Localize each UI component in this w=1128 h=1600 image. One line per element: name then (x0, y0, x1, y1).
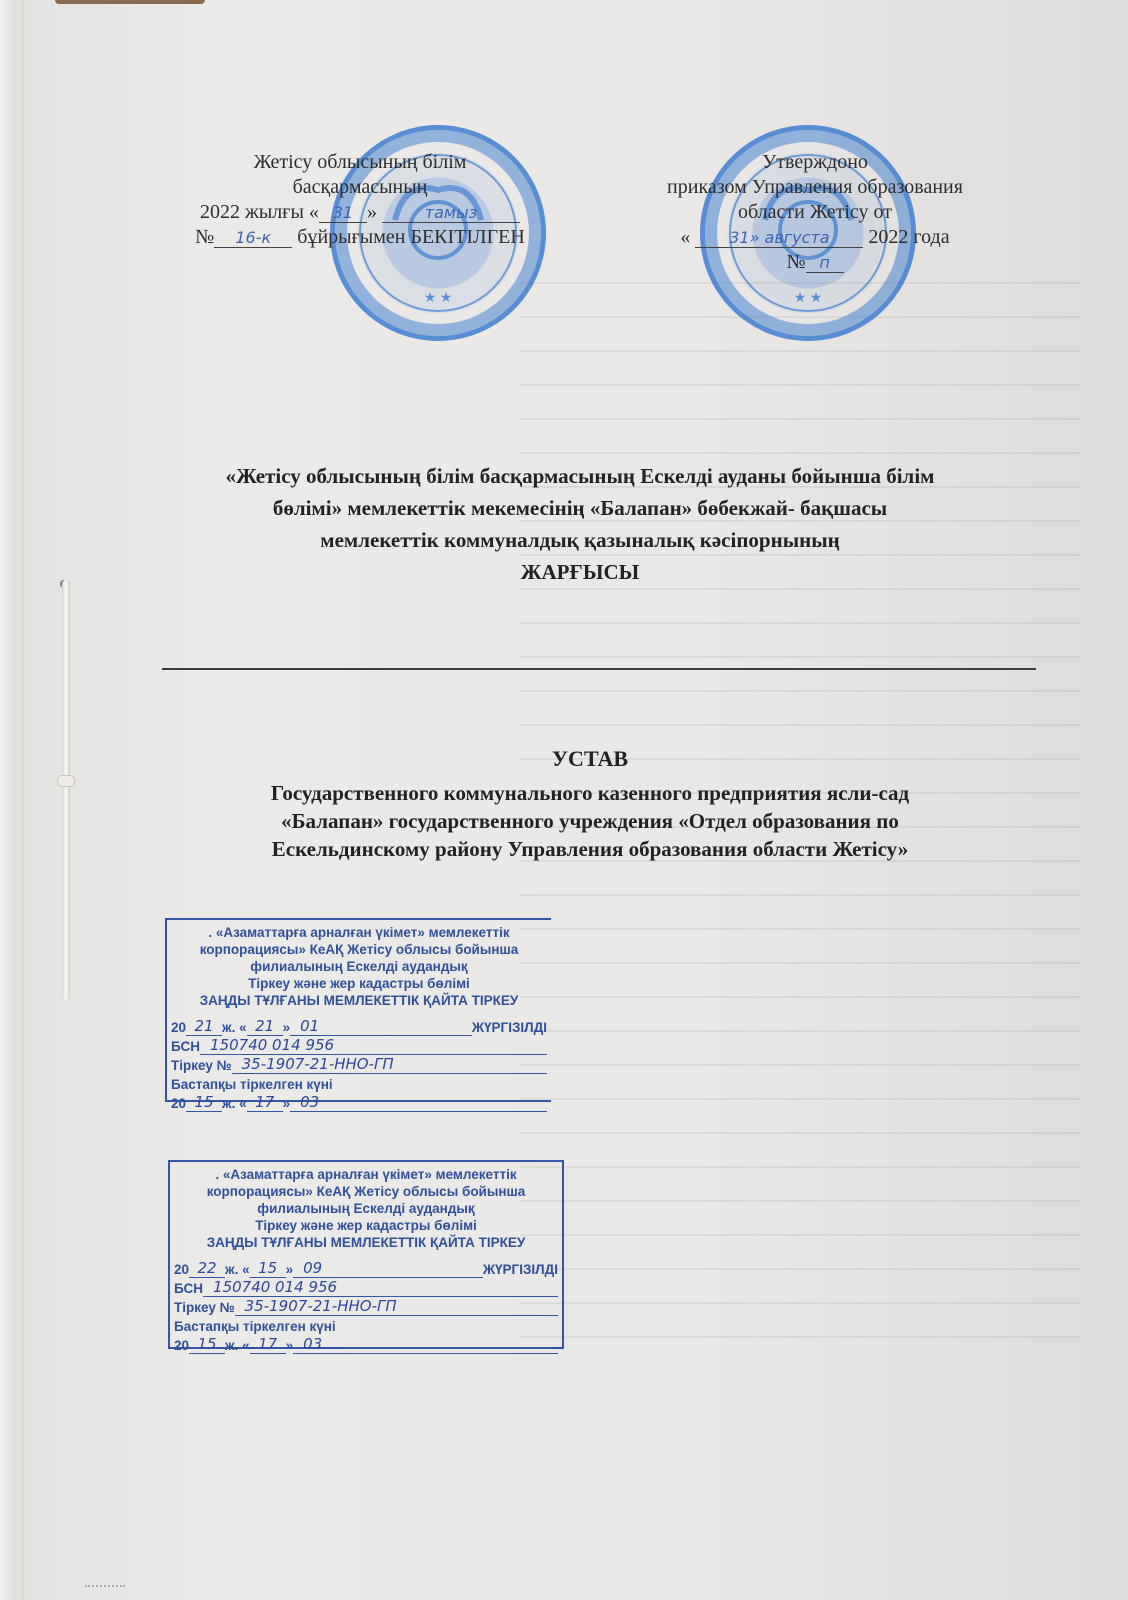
stamp-initial-label: Бастапқы тіркелген күні (171, 1074, 547, 1093)
approval-kz-day: 31 (319, 204, 367, 223)
approval-ru-line3: области Жетісу от (600, 200, 1030, 225)
charter-heading-ru: УСТАВ (150, 745, 1030, 773)
stamp-initial-date: 2015ж. «17»03 (174, 1335, 558, 1354)
stamp-header: . «Азаматтарға арналған үкімет» мемлекет… (170, 1162, 562, 1251)
charter-title-kz: «Жетісу облысының білім басқармасының Ес… (130, 460, 1030, 588)
svg-text:★ ★: ★ ★ (424, 291, 453, 306)
approval-kz-line2: басқармасының (150, 175, 570, 200)
page-mark (85, 1585, 125, 1590)
stamp-header: . «Азаматтарға арналған үкімет» мемлекет… (167, 920, 551, 1009)
approval-ru-order-no: п (806, 254, 844, 273)
approval-ru-order: №п (600, 250, 1030, 275)
approval-kz-date: 2022 жылғы «31» тамыз (150, 200, 570, 225)
approval-kz-line1: Жетісу облысының білім (150, 150, 570, 175)
section-divider (162, 668, 1036, 670)
approval-ru-line2: приказом Управления образования (600, 175, 1030, 200)
svg-text:★ ★: ★ ★ (794, 291, 823, 306)
approval-kz-order: №16-к бұйрығымен БЕКІТІЛГЕН (150, 225, 570, 250)
registration-stamp-2022: . «Азаматтарға арналған үкімет» мемлекет… (168, 1160, 564, 1349)
stamp-reregistration-date: 2021ж. «21»01ЖҮРГІЗІЛДІ (171, 1017, 547, 1036)
stamp-reregistration-date: 2022ж. «15»09ЖҮРГІЗІЛДІ (174, 1259, 558, 1278)
approval-ru-date: « 31» августа 2022 года (600, 225, 1030, 250)
stamp-initial-label: Бастапқы тіркелген күні (174, 1316, 558, 1335)
approval-block-ru: Утверждоно приказом Управления образован… (600, 150, 1030, 275)
stamp-registration-number: Тіркеу №35-1907-21-ННО-ГП (174, 1297, 558, 1316)
charter-title-ru: УСТАВ Государственного коммунального каз… (150, 745, 1030, 863)
binding-knot (57, 775, 75, 787)
approval-kz-order-no: 16-к (214, 229, 292, 248)
stamp-registration-number: Тіркеу №35-1907-21-ННО-ГП (171, 1055, 547, 1074)
stamp-bsn: БСН150740 014 956 (171, 1036, 547, 1055)
approval-block-kz: Жетісу облысының білім басқармасының 202… (150, 150, 570, 250)
page-stack-edge-inner (16, 0, 23, 1600)
folder-clip (55, 0, 205, 4)
stamp-initial-date: 2015ж. «17»03 (171, 1093, 547, 1112)
approval-ru-day-month: 31» августа (695, 229, 863, 248)
page-stack-edge (0, 0, 17, 1600)
charter-heading-kz: ЖАРҒЫСЫ (130, 556, 1030, 588)
approval-kz-month: тамыз (382, 204, 520, 223)
stamp-bsn: БСН150740 014 956 (174, 1278, 558, 1297)
approval-ru-line1: Утверждоно (600, 150, 1030, 175)
binding-cord (62, 580, 70, 1000)
registration-stamp-2021: . «Азаматтарға арналған үкімет» мемлекет… (165, 918, 551, 1102)
